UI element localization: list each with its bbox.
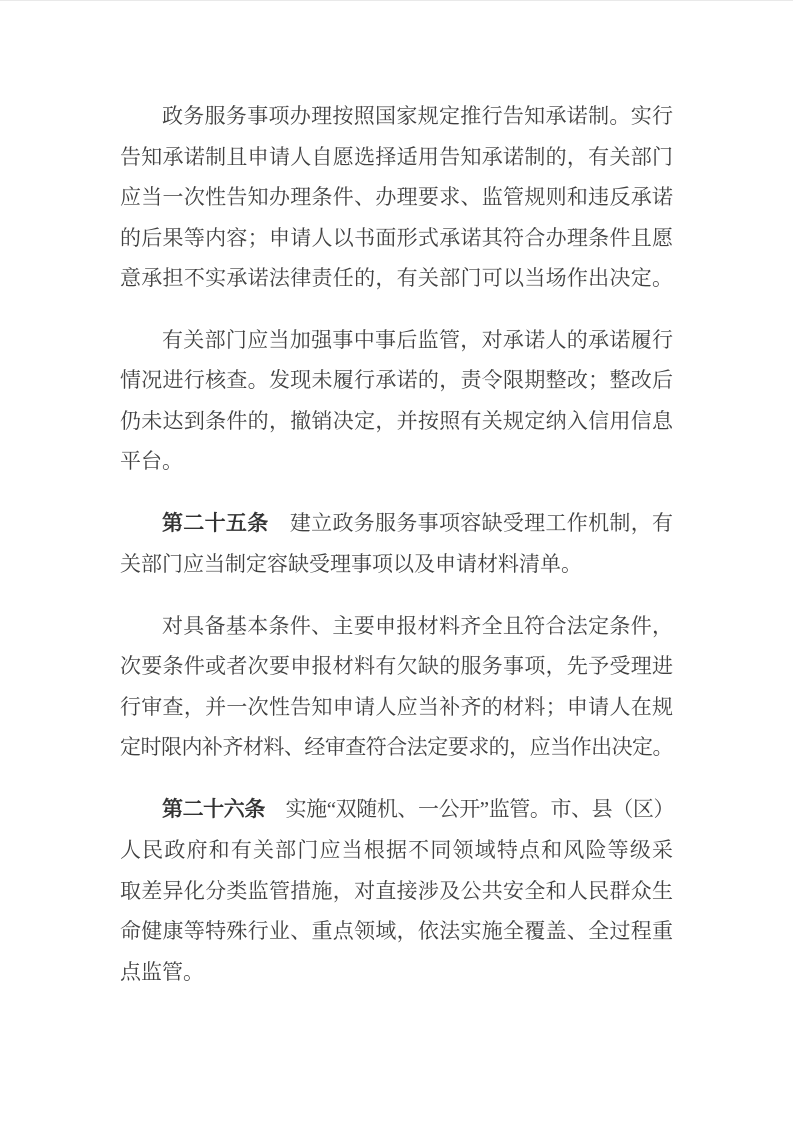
- text-line: 定时限内补齐材料、经审查符合法定要求的，应当作出决定。: [120, 727, 673, 768]
- text-line: 点监管。: [120, 952, 673, 993]
- text-run: 行审查，并一次性告知申请人应当补齐的材料；申请人在规: [120, 695, 673, 719]
- text-line: 仍未达到条件的，撤销决定，并按照有关规定纳入信用信息: [120, 401, 673, 442]
- text-line: 政务服务事项办理按照国家规定推行告知承诺制。实行: [120, 96, 673, 137]
- article-number: 第二十六条: [162, 798, 265, 821]
- text-line: 第二十六条 实施“双随机、一公开”监管。市、县（区）: [120, 789, 673, 831]
- text-run: 次要条件或者次要申报材料有欠缺的服务事项，先予受理进: [120, 654, 673, 678]
- text-line: 应当一次性告知办理条件、办理要求、监管规则和违反承诺: [120, 177, 673, 218]
- text-line: 行审查，并一次性告知申请人应当补齐的材料；申请人在规: [120, 687, 673, 728]
- text-line: 取差异化分类监管措施，对直接涉及公共安全和人民群众生: [120, 871, 673, 912]
- text-line: 有关部门应当加强事中事后监管，对承诺人的承诺履行: [120, 320, 673, 361]
- text-run: 取差异化分类监管措施，对直接涉及公共安全和人民群众生: [120, 879, 673, 903]
- text-line: 次要条件或者次要申报材料有欠缺的服务事项，先予受理进: [120, 646, 673, 687]
- text-run: 意承担不实承诺法律责任的，有关部门可以当场作出决定。: [120, 266, 673, 290]
- text-line: 第二十五条 建立政务服务事项容缺受理工作机制，有: [120, 503, 673, 545]
- text-line: 的后果等内容；申请人以书面形式承诺其符合办理条件且愿: [120, 218, 673, 259]
- text-line: 意承担不实承诺法律责任的，有关部门可以当场作出决定。: [120, 258, 673, 299]
- text-line: 告知承诺制且申请人自愿选择适用告知承诺制的，有关部门: [120, 137, 673, 178]
- text-run: 对具备基本条件、主要申报材料齐全且符合法定条件，: [162, 614, 673, 638]
- document-page: 政务服务事项办理按照国家规定推行告知承诺制。实行告知承诺制且申请人自愿选择适用告…: [0, 0, 793, 1122]
- text-run: 应当一次性告知办理条件、办理要求、监管规则和违反承诺: [120, 185, 673, 209]
- text-line: 情况进行核查。发现未履行承诺的，责令限期整改；整改后: [120, 360, 673, 401]
- text-run: 有关部门应当加强事中事后监管，对承诺人的承诺履行: [162, 328, 673, 352]
- article-number: 第二十五条: [162, 512, 269, 535]
- text-column: 政务服务事项办理按照国家规定推行告知承诺制。实行告知承诺制且申请人自愿选择适用告…: [120, 96, 673, 992]
- text-run: 情况进行核查。发现未履行承诺的，责令限期整改；整改后: [120, 368, 673, 392]
- paragraph: 有关部门应当加强事中事后监管，对承诺人的承诺履行情况进行核查。发现未履行承诺的，…: [120, 320, 673, 482]
- text-line: 平台。: [120, 441, 673, 482]
- text-run: 关部门应当制定容缺受理事项以及申请材料清单。: [120, 552, 582, 576]
- text-run: 点监管。: [120, 960, 204, 984]
- text-run: 政务服务事项办理按照国家规定推行告知承诺制。实行: [162, 104, 673, 128]
- text-run: 的后果等内容；申请人以书面形式承诺其符合办理条件且愿: [120, 226, 673, 250]
- paragraph: 对具备基本条件、主要申报材料齐全且符合法定条件，次要条件或者次要申报材料有欠缺的…: [120, 606, 673, 768]
- text-run: 平台。: [120, 449, 183, 473]
- text-run: 建立政务服务事项容缺受理工作机制，有: [269, 511, 673, 535]
- text-run: 告知承诺制且申请人自愿选择适用告知承诺制的，有关部门: [120, 145, 673, 169]
- text-run: 命健康等特殊行业、重点领域，依法实施全覆盖、全过程重: [120, 919, 673, 943]
- paragraph: 第二十六条 实施“双随机、一公开”监管。市、县（区）人民政府和有关部门应当根据不…: [120, 789, 673, 993]
- paragraph: 第二十五条 建立政务服务事项容缺受理工作机制，有关部门应当制定容缺受理事项以及申…: [120, 503, 673, 585]
- text-run: 人民政府和有关部门应当根据不同领域特点和风险等级采: [120, 838, 673, 862]
- text-run: 仍未达到条件的，撤销决定，并按照有关规定纳入信用信息: [120, 409, 673, 433]
- text-line: 人民政府和有关部门应当根据不同领域特点和风险等级采: [120, 830, 673, 871]
- paragraph: 政务服务事项办理按照国家规定推行告知承诺制。实行告知承诺制且申请人自愿选择适用告…: [120, 96, 673, 299]
- text-line: 对具备基本条件、主要申报材料齐全且符合法定条件，: [120, 606, 673, 647]
- text-run: 实施“双随机、一公开”监管。市、县（区）: [265, 797, 673, 821]
- text-line: 关部门应当制定容缺受理事项以及申请材料清单。: [120, 544, 673, 585]
- text-line: 命健康等特殊行业、重点领域，依法实施全覆盖、全过程重: [120, 911, 673, 952]
- text-run: 定时限内补齐材料、经审查符合法定要求的，应当作出决定。: [120, 735, 673, 759]
